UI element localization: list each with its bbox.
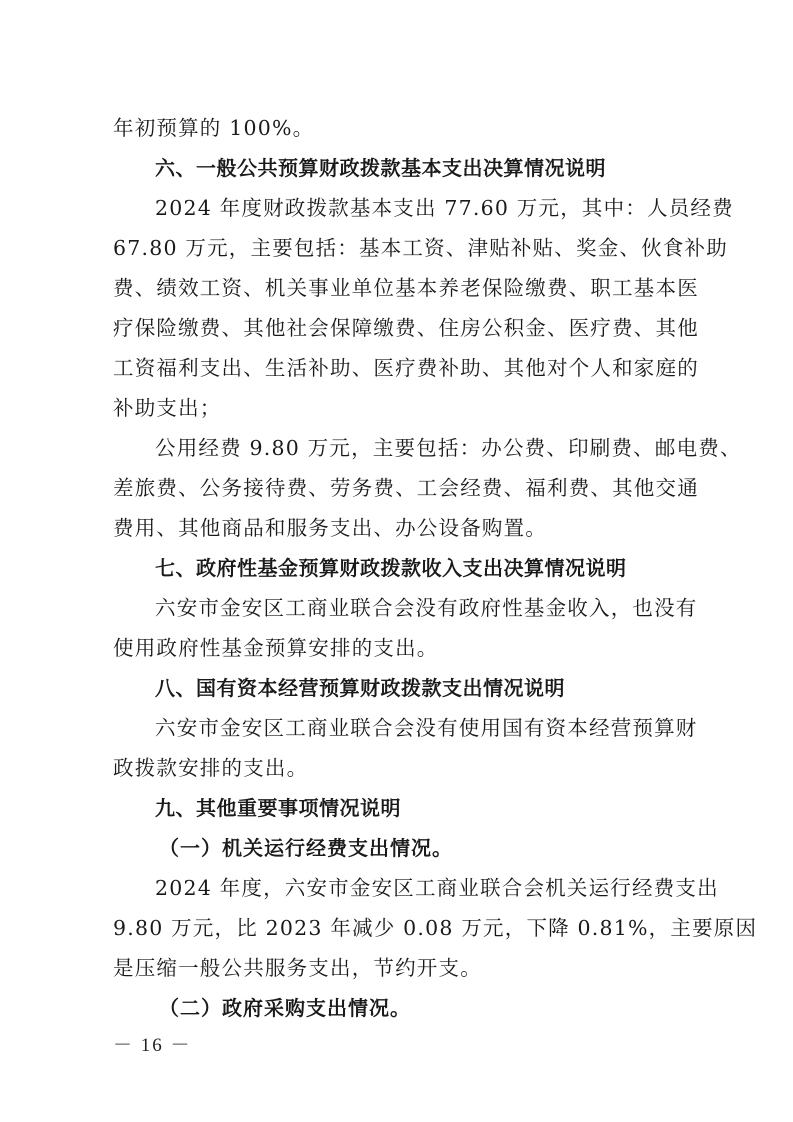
- paragraph-line: 公用经费 9.80 万元，主要包括：办公费、印刷费、邮电费、: [113, 428, 681, 468]
- paragraph-line: 六安市金安区工商业联合会没有使用国有资本经营预算财: [113, 708, 681, 748]
- paragraph-line: 2024 年度，六安市金安区工商业联合会机关运行经费支出: [113, 868, 681, 908]
- section-heading-7: 七、政府性基金预算财政拨款收入支出决算情况说明: [113, 548, 681, 588]
- paragraph-line: 补助支出；: [113, 388, 681, 428]
- paragraph-line: 9.80 万元，比 2023 年减少 0.08 万元，下降 0.81%，主要原因: [113, 908, 681, 948]
- paragraph-line: 差旅费、公务接待费、劳务费、工会经费、福利费、其他交通: [113, 468, 681, 508]
- paragraph-line: 67.80 万元，主要包括：基本工资、津贴补贴、奖金、伙食补助: [113, 228, 681, 268]
- paragraph-line: 费、绩效工资、机关事业单位基本养老保险缴费、职工基本医: [113, 268, 681, 308]
- paragraph-line: 2024 年度财政拨款基本支出 77.60 万元，其中：人员经费: [113, 188, 681, 228]
- section-heading-8: 八、国有资本经营预算财政拨款支出情况说明: [113, 668, 681, 708]
- paragraph-line: 工资福利支出、生活补助、医疗费补助、其他对个人和家庭的: [113, 348, 681, 388]
- page-number: － 16 －: [113, 1030, 192, 1057]
- paragraph-line: 使用政府性基金预算安排的支出。: [113, 628, 681, 668]
- paragraph-line: 政拨款安排的支出。: [113, 748, 681, 788]
- paragraph-line: 费用、其他商品和服务支出、办公设备购置。: [113, 508, 681, 548]
- section-heading-6: 六、一般公共预算财政拨款基本支出决算情况说明: [113, 148, 681, 188]
- document-page: 年初预算的 100%。 六、一般公共预算财政拨款基本支出决算情况说明 2024 …: [113, 108, 681, 1028]
- section-heading-9: 九、其他重要事项情况说明: [113, 788, 681, 828]
- paragraph-line: 是压缩一般公共服务支出，节约开支。: [113, 948, 681, 988]
- paragraph-line: 年初预算的 100%。: [113, 108, 681, 148]
- subsection-heading-2: （二）政府采购支出情况。: [113, 988, 681, 1028]
- paragraph-line: 六安市金安区工商业联合会没有政府性基金收入，也没有: [113, 588, 681, 628]
- subsection-heading-1: （一）机关运行经费支出情况。: [113, 828, 681, 868]
- paragraph-line: 疗保险缴费、其他社会保障缴费、住房公积金、医疗费、其他: [113, 308, 681, 348]
